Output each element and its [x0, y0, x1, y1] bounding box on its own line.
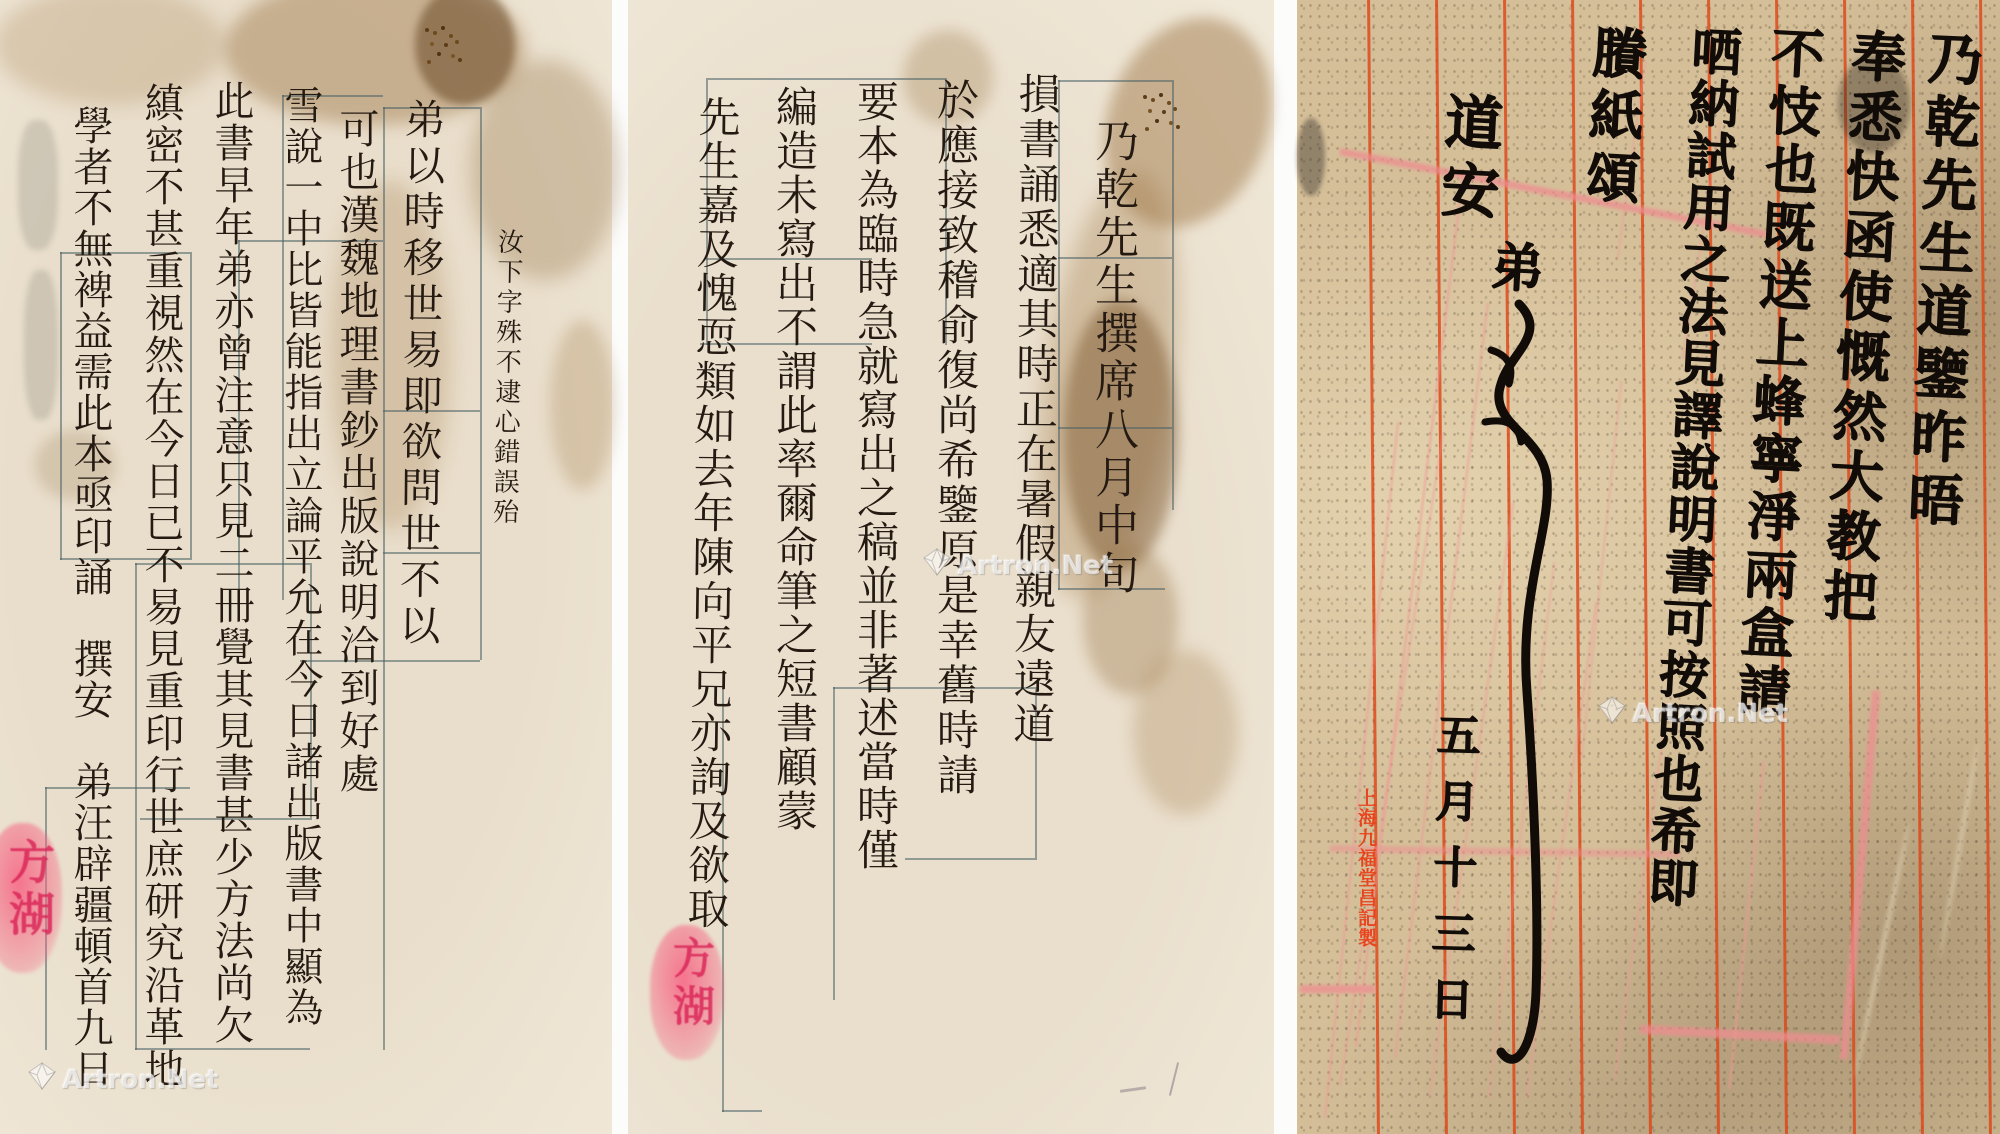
page3-column-3: 不忮也既送上蜂寧淨兩盒請 [1732, 24, 1821, 722]
ink-speckles [1143, 95, 1147, 99]
ink-smudge [1297, 118, 1325, 196]
page1-column-2: 可也漢魏地理書鈔出版說明洽到好處 [336, 108, 376, 796]
page3-signature: 弟 [1485, 239, 1540, 299]
page1-column-6: 學者不無裨益需此本亟印誦 撰安 弟汪辟疆頓首九日 [70, 105, 110, 1089]
letter-page-2: 乃乾先生撰席八月中旬 損書誦悉適其時正在暑假親友遠道 於應接致稽俞復尚希鑒原是幸… [628, 0, 1274, 1134]
verso-ink-showthrough [18, 120, 58, 250]
grid-line [706, 78, 945, 80]
watermark-text: Artron.Net [957, 551, 1113, 581]
grid-line [60, 252, 62, 560]
stain [0, 0, 225, 105]
page2-column-3: 於應接致稽俞復尚希鑒原是幸舊時請 [934, 78, 976, 798]
watermark: Artron.Net [923, 548, 1113, 583]
verso-ink-showthrough [24, 270, 58, 420]
page1-column-annotation: 汝下字殊不逮心錯誤殆 [490, 228, 521, 528]
grid-line [1058, 80, 1172, 82]
watermark-text: Artron.Net [1632, 699, 1788, 729]
pencil-mark [1169, 1062, 1179, 1095]
page1-column-1: 弟以時移世易即欲問世不以 [395, 98, 442, 650]
watermark-logo-icon [28, 1062, 56, 1097]
paper-maker-mark: 上海九福堂昌記製 [1356, 788, 1375, 948]
page3-column-5: 賸紙頌 [1581, 24, 1645, 213]
page2-column-2: 損書誦悉適其時正在暑假親友遠道 [1010, 72, 1058, 747]
collector-seal-text: 方湖 [0, 838, 62, 942]
ruled-line [1979, 0, 1991, 1134]
crease-highlight [1938, 741, 1980, 958]
watermark: Artron.Net [1598, 696, 1788, 731]
ruled-line [1367, 0, 1379, 1134]
grid-line [833, 687, 835, 1000]
page1-column-4: 此書早年弟亦曾注意只見二冊覺其見書甚少方法尚欠 [211, 80, 251, 1046]
page2-column-1: 乃乾先生撰席八月中旬 [1090, 118, 1134, 598]
watermark-logo-icon [923, 548, 951, 583]
page3-column-2: 奉悉快函使慨然大教把 [1818, 27, 1903, 629]
letter-page-3: 乃乾先生道鑒昨晤 奉悉快函使慨然大教把 不忮也既送上蜂寧淨兩盒請 哂納試用之法見… [1297, 0, 2000, 1134]
page2-column-4: 要本為臨時急就寫出之稿並非著述當時僅 [854, 80, 896, 872]
pink-mark [1840, 690, 1880, 1059]
pink-mark [1640, 1025, 1840, 1044]
collector-seal-text: 方湖 [661, 936, 721, 1032]
watermark: Artron.Net [28, 1062, 218, 1097]
page2-column-6: 先生嘉及愧恧類如去年陳向平兄亦詢及欲取 [684, 95, 738, 932]
ink-speckles [425, 28, 429, 32]
letter-page-1: 汝下字殊不逮心錯誤殆 弟以時移世易即欲問世不以 可也漢魏地理書鈔出版說明洽到好處… [0, 0, 612, 1134]
signature-flourish [1457, 292, 1577, 1102]
grid-line [1172, 80, 1174, 510]
stain [1133, 650, 1238, 815]
grid-line [383, 107, 385, 1050]
grid-line [722, 1110, 762, 1112]
page1-column-3: 雪說一中比皆能指出立論平允在今日諸出版書中顯為 [281, 85, 320, 1028]
grid-line [480, 107, 482, 660]
page1-column-5: 縝密不甚重視然在今日已不易見重印行世庶研究沿革地 [141, 82, 181, 1090]
page3-closing: 道安 [1434, 91, 1499, 230]
grid-line [905, 858, 1035, 860]
stain [550, 320, 615, 490]
grid-line [300, 660, 480, 662]
page2-column-5: 編造未寫出不謂此率爾命筆之短書顧蒙 [773, 85, 815, 833]
pencil-mark [1120, 1086, 1146, 1093]
grid-line [135, 563, 137, 1050]
page3-column-4: 哂納試用之法見譯說明書可按照也希即 [1643, 24, 1739, 909]
watermark-text: Artron.Net [62, 1065, 218, 1095]
manuscript-photo: 汝下字殊不逮心錯誤殆 弟以時移世易即欲問世不以 可也漢魏地理書鈔出版說明洽到好處… [0, 0, 2000, 1134]
grid-line [190, 252, 192, 560]
watermark-logo-icon [1598, 696, 1626, 731]
